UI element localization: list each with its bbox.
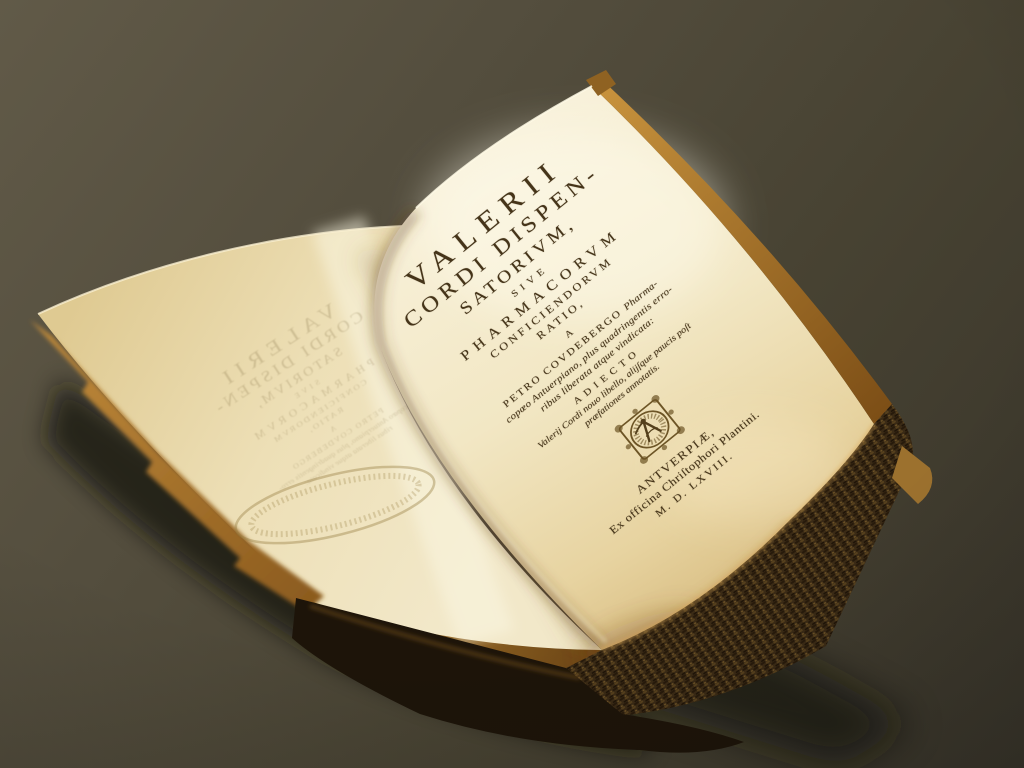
device-motto-ring xyxy=(630,410,669,448)
museum-photo: VALERII CORDI DISPEN- SATORIVM, SIVE PHA… xyxy=(0,0,1024,768)
